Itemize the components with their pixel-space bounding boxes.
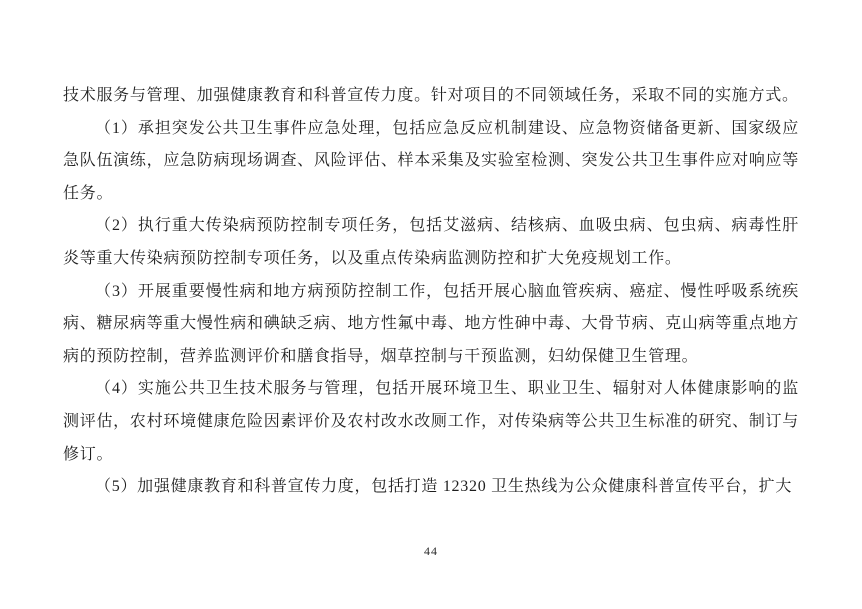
- paragraph: （2）执行重大传染病预防控制专项任务，包括艾滋病、结核病、血吸虫病、包虫病、病毒…: [63, 210, 799, 275]
- paragraph: （5）加强健康教育和科普宣传力度，包括打造 12320 卫生热线为公众健康科普宣…: [63, 471, 799, 504]
- page-number: 44: [0, 544, 862, 559]
- paragraph: （1）承担突发公共卫生事件应急处理，包括应急反应机制建设、应急物资储备更新、国家…: [63, 113, 799, 211]
- text-block: 技术服务与管理、加强健康教育和科普宣传力度。针对项目的不同领域任务，采取不同的实…: [63, 80, 799, 504]
- paragraph: 技术服务与管理、加强健康教育和科普宣传力度。针对项目的不同领域任务，采取不同的实…: [63, 80, 799, 113]
- paragraph: （3）开展重要慢性病和地方病预防控制工作，包括开展心脑血管疾病、癌症、慢性呼吸系…: [63, 276, 799, 374]
- paragraph: （4）实施公共卫生技术服务与管理，包括开展环境卫生、职业卫生、辐射对人体健康影响…: [63, 373, 799, 471]
- document-page: 技术服务与管理、加强健康教育和科普宣传力度。针对项目的不同领域任务，采取不同的实…: [0, 0, 862, 609]
